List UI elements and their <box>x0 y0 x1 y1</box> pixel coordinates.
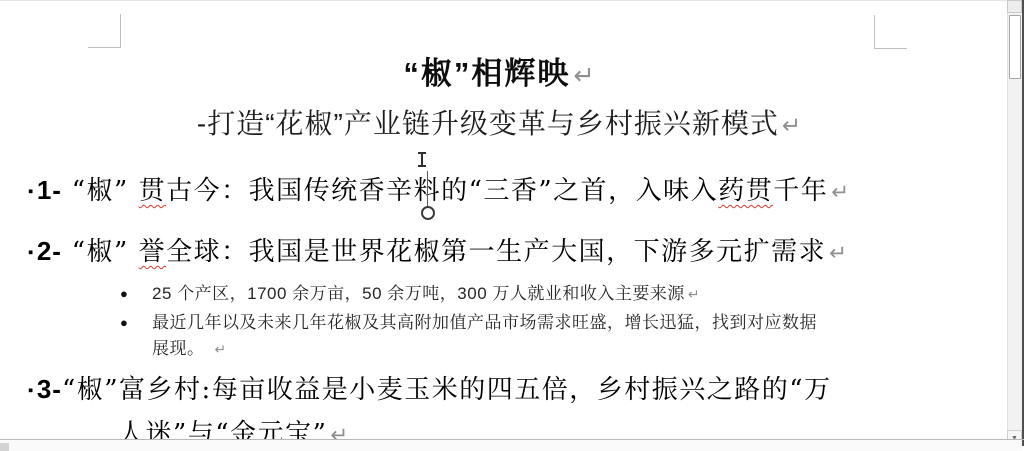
doc-title-text: “椒”相辉映 <box>403 56 570 91</box>
spellcheck-squiggle-word: 誉 <box>139 237 167 267</box>
pilcrow-mark: ↵ <box>573 60 594 90</box>
doc-title[interactable]: “椒”相辉映↵ <box>0 48 998 93</box>
statusbar-corner-box <box>0 443 9 451</box>
heading-2-text: “椒” <box>62 237 139 267</box>
vertical-scrollbar-thumb[interactable] <box>1009 15 1021 79</box>
heading-1-text: “椒” <box>62 176 139 206</box>
text-insertion-caret <box>427 171 428 206</box>
text-selection-handle-circle <box>421 206 435 220</box>
heading-1-text: 千年 <box>773 176 828 206</box>
list-bullet-square: ▪ <box>28 382 35 399</box>
heading-3-line-1[interactable]: ▪3-“椒”富乡村:每亩收益是小麦玉米的四五倍，乡村振兴之路的“万 <box>28 369 832 406</box>
heading-2-text: 全球：我国是世界花椒第一生产大国，下游多元扩需求 <box>166 237 826 267</box>
ibeam-mouse-cursor <box>418 152 427 167</box>
heading-2[interactable]: ▪2- “椒” 誉全球：我国是世界花椒第一生产大国，下游多元扩需求↵ <box>28 231 847 268</box>
heading-3-text: “椒”富乡村:每亩收益是小麦玉米的四五倍，乡村振兴之路的“万 <box>62 375 832 405</box>
text-boundary-mark-top-right <box>874 15 907 49</box>
list-bullet-square: ▪ <box>28 183 35 200</box>
doc-subtitle[interactable]: -打造“花椒”产业链升级变革与乡村振兴新模式↵ <box>0 102 998 142</box>
pilcrow-mark: ↵ <box>688 287 700 303</box>
list-bullet-square: ▪ <box>28 244 35 261</box>
text-boundary-mark-top-left <box>88 14 121 48</box>
pilcrow-mark: ↵ <box>829 241 847 266</box>
spellcheck-squiggle-word: 贯 <box>139 176 167 206</box>
bullet-item-1[interactable]: ●25 个产区，1700 余万亩，50 余万吨，300 万人就业和收入主要来源↵ <box>120 279 700 304</box>
scrollbar-up-button[interactable] <box>1007 0 1022 13</box>
bullet-item-1-text: 25 个产区，1700 余万亩，50 余万吨，300 万人就业和收入主要来源 <box>152 284 685 303</box>
bullet-item-2-text: 展现。 <box>152 339 205 358</box>
heading-1[interactable]: ▪1- “椒” 贯古今：我国传统香辛料的“三香”之首，入味入药贯千年↵ <box>28 170 849 207</box>
heading-1-number: 1- <box>37 175 62 205</box>
statusbar-strip <box>0 440 1022 451</box>
doc-subtitle-text: -打造“花椒”产业链升级变革与乡村振兴新模式 <box>197 108 779 139</box>
word-document-view[interactable]: “椒”相辉映↵ -打造“花椒”产业链升级变革与乡村振兴新模式↵ ▪1- “椒” … <box>0 0 1024 451</box>
pilcrow-mark: ↵ <box>831 180 849 205</box>
bullet-item-2-line-1[interactable]: ●最近几年以及未来几年花椒及其高附加值产品市场需求旺盛，增长迅猛，找到对应数据 <box>120 308 817 333</box>
pilcrow-mark: ↵ <box>782 113 801 139</box>
heading-3-number: 3- <box>37 374 62 404</box>
list-bullet-dot: ● <box>120 315 152 330</box>
spellcheck-squiggle-word: 药贯 <box>718 176 773 206</box>
list-bullet-dot: ● <box>120 286 152 301</box>
window-top-border <box>0 0 1024 1</box>
heading-1-text: 古今：我国传统香辛料的“三香”之首，入味入 <box>166 176 718 206</box>
heading-2-number: 2- <box>37 236 62 266</box>
bullet-item-2-line-2[interactable]: 展现。↵ <box>152 334 226 359</box>
bullet-item-2-text: 最近几年以及未来几年花椒及其高附加值产品市场需求旺盛，增长迅猛，找到对应数据 <box>152 313 817 332</box>
pilcrow-mark: ↵ <box>215 342 227 358</box>
